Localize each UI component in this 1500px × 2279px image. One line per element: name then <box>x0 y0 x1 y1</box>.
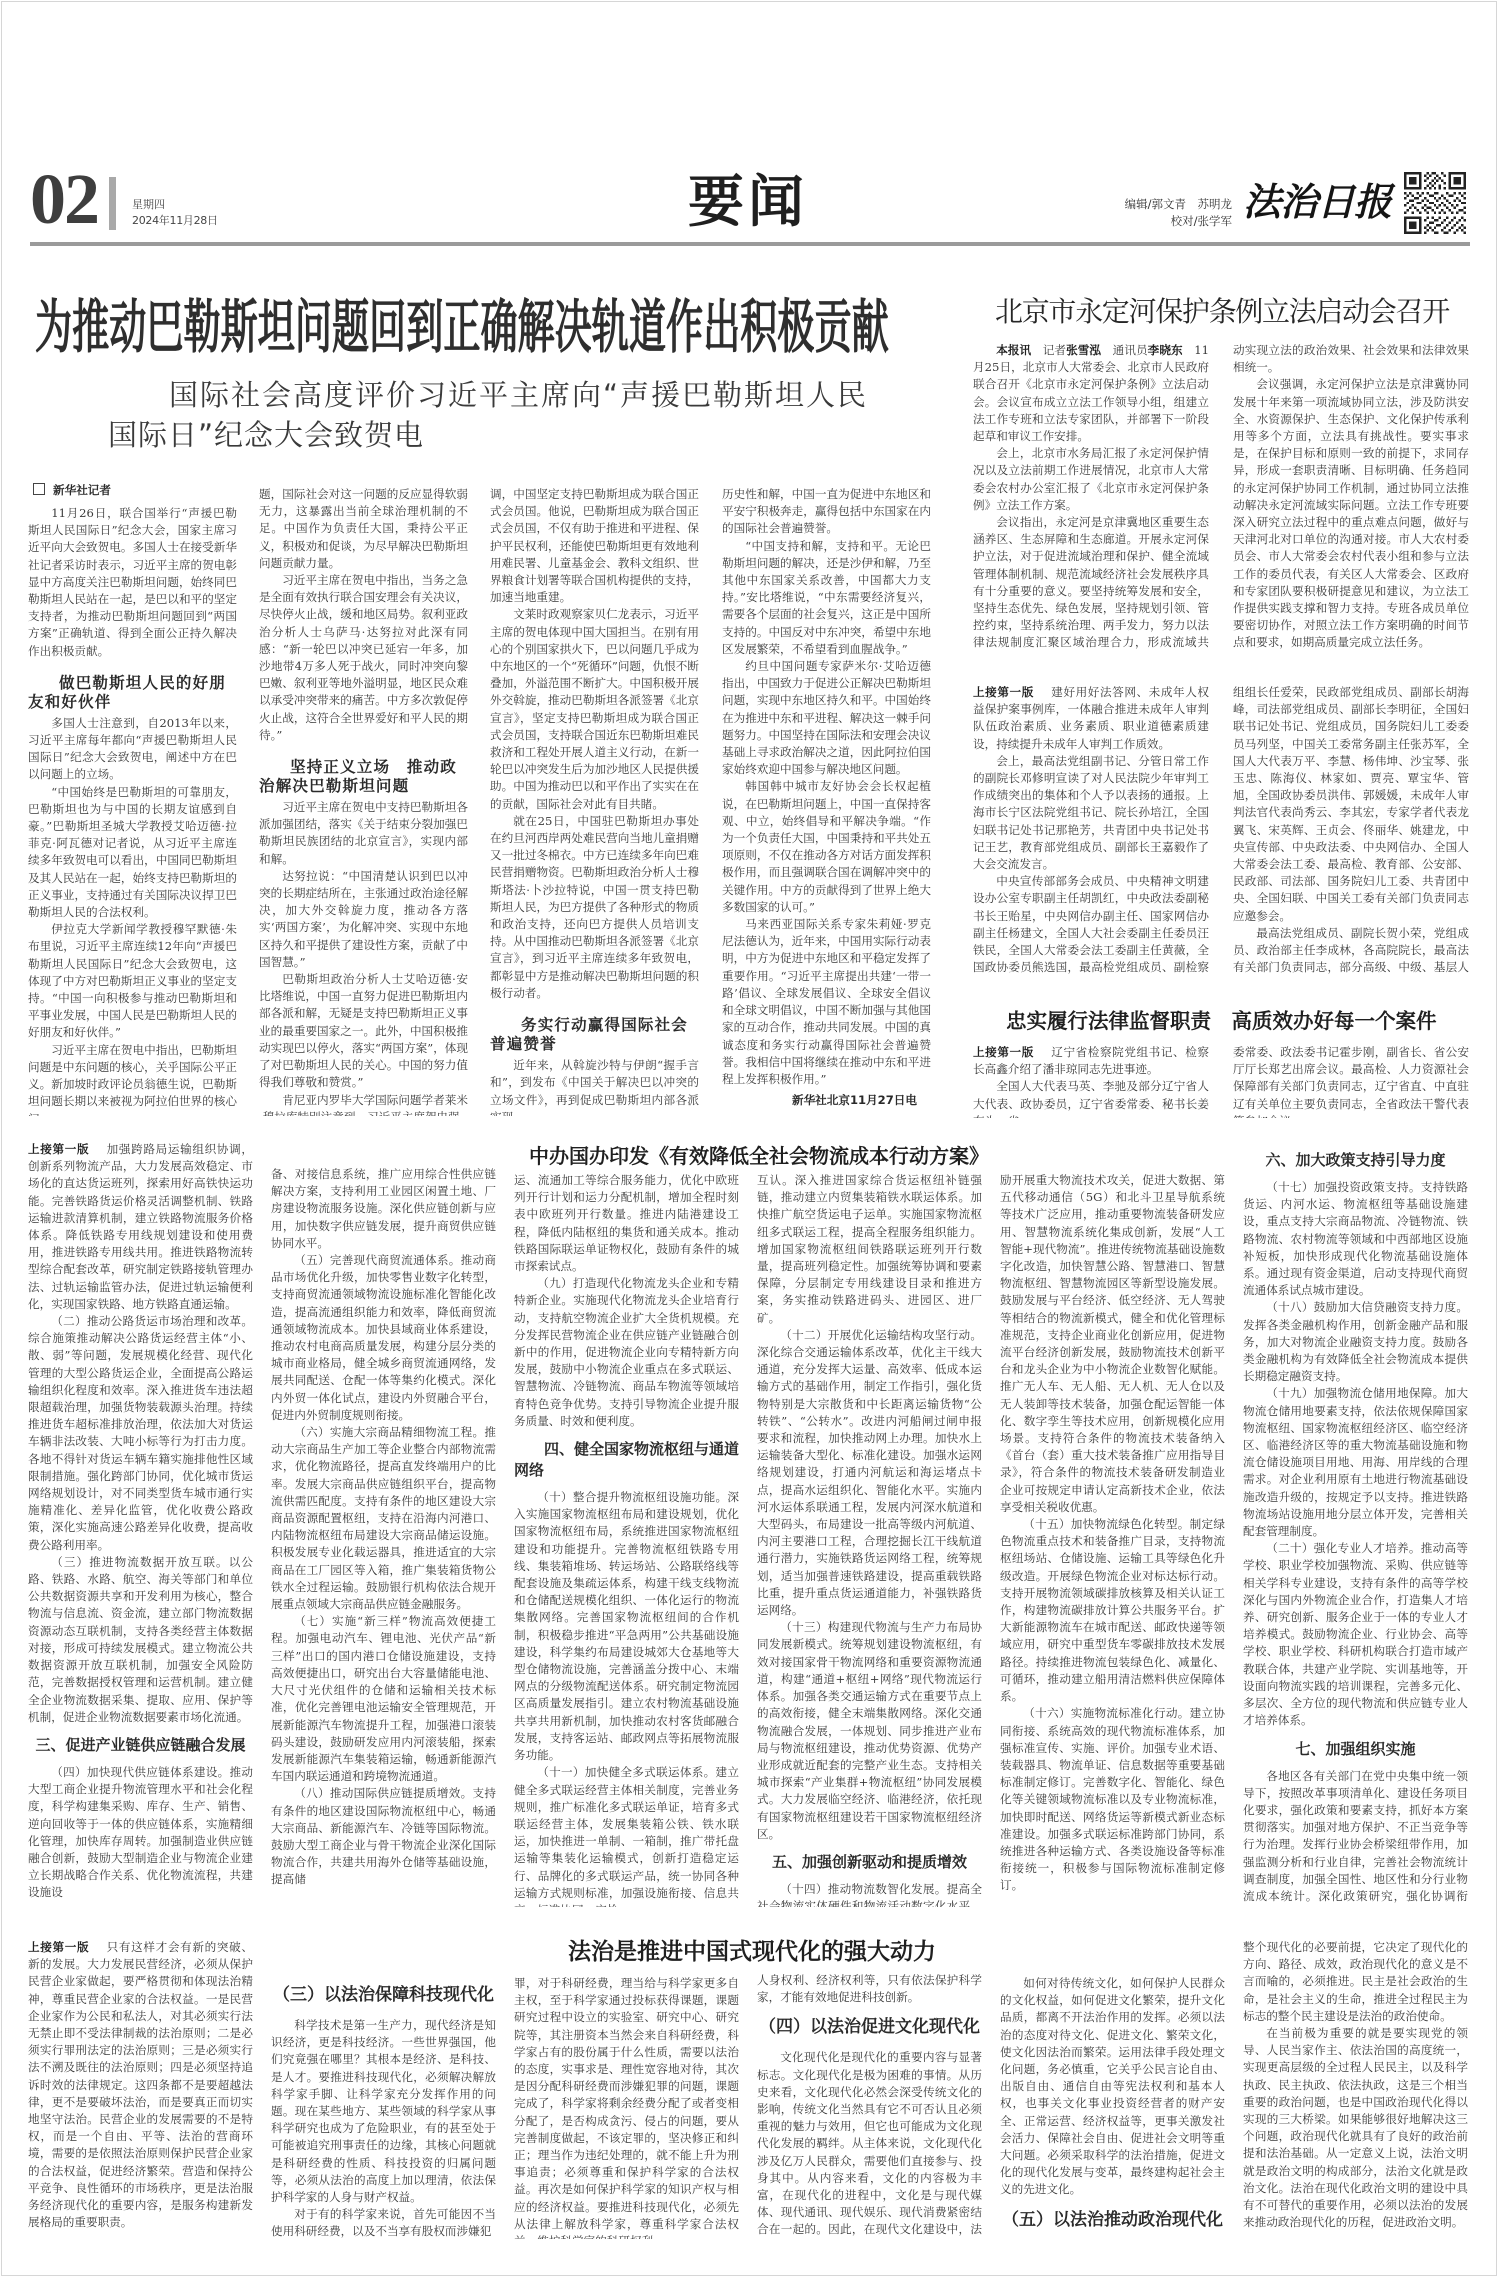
paragraph-continued: 组组长任爱荣，民政部党组成员、副部长胡海峰，司法部党组成员、副部长李明征，全国妇… <box>1233 684 1469 925</box>
paragraph: （四）加快现代供应链体系建设。推动大型工商企业提升物流管理水平和社会化程度，科学… <box>28 1764 253 1902</box>
juvenile-trial-column-2: 组组长任爱荣，民政部党组成员、副部长胡海峰，司法部党组成员、副部长李明征，全国妇… <box>1233 684 1469 978</box>
paragraph: 文化现代化是现代化的重要内容与显著标志。文化现代化是极为困难的事情。从历史来看，… <box>757 2049 982 2239</box>
paragraph-continued: 历史性和解，中国一直为促进中东地区和平安宁积极奔走，赢得包括中东国家在内的国际社… <box>722 486 931 538</box>
paragraph: 中央宣传部部务会成员、中央精神文明建设办公室专职副主任胡凯红，中央政法委副秘书长… <box>973 873 1209 978</box>
paragraph: （十一）加快健全多式联运体系。建立健全多式联运经营主体相关制度，完善业务规则，推… <box>514 1764 739 1907</box>
editors-credit: 编辑/郭文青 苏明龙 <box>1125 197 1232 212</box>
paragraph: （十）整合提升物流枢纽设施功能。深入实施国家物流枢纽布局和建设规划，优化国家物流… <box>514 1489 739 1764</box>
paragraph: 肯尼亚内罗毕大学国际问题学者莱米·穆拉库特别注意到，习近平主席贺电强 <box>259 1092 468 1117</box>
lead-article-column-3: 调，中国坚定支持巴勒斯坦成为联合国正式会员国。他说，巴勒斯坦成为联合国正式会员国… <box>490 486 699 1116</box>
paragraph: 如何对待传统文化，如何保护人民群众的文化权益，如何促进文化繁荣，提升文化品质，都… <box>1000 1975 1225 2199</box>
paragraph-text: 11月25日，北京市人大常委会、北京市人民政府联合召开《北京市永定河保护条例》立… <box>973 343 1209 443</box>
rule-of-law-column-5: 如何对待传统文化，如何保护人民群众的文化权益，如何促进文化繁荣，提升文化品质，都… <box>1000 1975 1225 2239</box>
section-heading: （四）以法治促进文化现代化 <box>757 2015 982 2039</box>
paragraph: 最高法党组成员、副院长贺小荣，党组成员、政治部主任李成林，各高院院长，最高法有关… <box>1233 925 1469 978</box>
paragraph-continued: 互认。深入推进国家综合货运枢纽补链强链，推动建立内贸集装箱铁水联运体系。加快推广… <box>757 1172 982 1327</box>
section-heading: 三、促进产业链供应链融合发展 <box>28 1735 253 1756</box>
jump-line-label: 上接第一版 <box>28 1940 89 1954</box>
paragraph: 在当前极为重要的就是要实现党的领导、人民当家作主、依法治国的高度统一，实现更高层… <box>1243 2025 1468 2231</box>
issue-date: 2024年11月28日 <box>132 214 218 228</box>
paragraph: （七）实施“新三样”物流高效便捷工程。加强电动汽车、锂电池、光伏产品“新三样”出… <box>271 1613 496 1785</box>
header-rule <box>30 242 1470 246</box>
proofreader-credit: 校对/张学军 <box>1171 214 1232 229</box>
jump-line-label: 上接第一版 <box>973 1045 1034 1059</box>
paragraph: 就在25日，中国驻巴勒斯坦办事处在约旦河西岸两处难民营向当地儿童捐赠又一批过冬棉… <box>490 813 699 1002</box>
weekday: 星期四 <box>132 198 165 212</box>
paragraph: 会上，北京市水务局汇报了永定河保护情况以及立法前期工作进展情况，北京市人大常委会… <box>973 445 1209 514</box>
paragraph-continued: 人身权利、经济权利等，只有依法保护科学家，才能有效地促进科技创新。 <box>757 1972 982 2006</box>
paragraph: “中国支持和解，支持和平。无论巴勒斯坦问题的解决，还是沙伊和解，乃至其他中东国家… <box>722 538 931 658</box>
rule-of-law-headline: 法治是推进中国式现代化的强大动力 <box>568 1936 936 1968</box>
paragraph: 习近平主席在贺电中支持巴勒斯坦各派加强团结，落实《关于结束分裂加强巴勒斯坦民族团… <box>259 799 468 868</box>
subheading: 做巴勒斯坦人民的好朋友和好伙伴 <box>28 674 237 712</box>
jump-paragraph: 上接第一版辽宁省检察院党组书记、检察长高鑫介绍了潘非琼同志先进事迹。 <box>973 1044 1209 1078</box>
paragraph: 全国人大代表马英、李驰及部分辽宁省人大代表、政协委员，辽宁省委常委、秘书长姜有为… <box>973 1078 1209 1118</box>
paragraph: （十八）鼓励加大信贷融资支持力度。发挥各类金融机构作用，创新金融产品和服务，加大… <box>1243 1299 1468 1385</box>
paragraph: “中国始终是巴勒斯坦的可靠朋友，巴勒斯坦也为与中国的长期友谊感到自豪。”巴勒斯坦… <box>28 784 237 922</box>
paragraph: （二十）强化专业人才培养。推动高等学校、职业学校加强物流、采购、供应链等相关学科… <box>1243 1540 1468 1729</box>
paragraph-continued: 题，国际社会对这一问题的反应显得软弱无力，这暴露出当前全球治理机制的不足。中国作… <box>259 486 468 572</box>
section-title: 要闻 <box>688 170 808 234</box>
section-heading: 六、加大政策支持引导力度 <box>1243 1150 1468 1171</box>
rule-of-law-column-6: 整个现代化的必要前提，它决定了现代化的方向、路径、成效，政治现代化的意义是不言而… <box>1243 1939 1468 2239</box>
logistics-column-5: 励开展重大物流技术攻关，促进大数据、第五代移动通信（5G）和北斗卫星导航系统等技… <box>1000 1172 1225 1907</box>
lead-article-column-1: 新华社记者 11月26日，联合国举行“声援巴勒斯坦人民国际日”纪念大会，国家主席… <box>28 482 237 1116</box>
masthead-logo: 法治日报 <box>1243 173 1391 231</box>
rule-of-law-column-4: 人身权利、经济权利等，只有依法保护科学家，才能有效地促进科技创新。 （四）以法治… <box>757 1972 982 2239</box>
jump-paragraph: 上接第一版建好用好法答网、未成年人权益保护案事例库，一体融合推进未成年人审判队伍… <box>973 684 1209 753</box>
section-heading: 七、加强组织实施 <box>1243 1739 1468 1760</box>
news-lead-paragraph: 本报讯记者张雪泓通讯员李晓东11月25日，北京市人大常委会、北京市人民政府联合召… <box>973 342 1209 445</box>
paragraph: 习近平主席在贺电中指出，巴勒斯坦问题是中东问题的核心，关乎国际公平正义。新加坡时… <box>28 1042 237 1116</box>
section-heading: 四、健全国家物流枢纽与通道网络 <box>514 1439 739 1481</box>
juvenile-trial-column-1: 上接第一版建好用好法答网、未成年人权益保护案事例库，一体融合推进未成年人审判队伍… <box>973 684 1209 978</box>
yongding-column-2: 动实现立法的政治效果、社会效果和法律效果相统一。 会议强调，永定河保护立法是京津… <box>1233 342 1469 650</box>
lead-headline: 为推动巴勒斯坦问题回到正确解决轨道作出积极贡献 <box>35 294 889 360</box>
lead-article-column-4: 历史性和解，中国一直为促进中东地区和平安宁积极奔走，赢得包括中东国家在内的国际社… <box>722 486 931 1116</box>
paragraph: （十九）加强物流仓储用地保障。加大物流仓储用地要素支持，依法依规保障国家物流枢纽… <box>1243 1385 1468 1540</box>
paragraph: （九）打造现代化物流龙头企业和专精特新企业。实施现代化物流龙头企业培育行动，支持… <box>514 1275 739 1430</box>
paragraph: 会议强调，永定河保护立法是京津冀协同发展十年来第一项流域协同立法，涉及防洪安全、… <box>1233 376 1469 650</box>
reporter-title: 记者 <box>1043 343 1066 357</box>
logistics-column-6: 六、加大政策支持引导力度 （十七）加强投资政策支持。支持铁路货运、内河水运、物流… <box>1243 1141 1468 1907</box>
correspondent-name: 李晓东 <box>1148 343 1183 357</box>
paragraph-continued: 委常委、政法委书记霍步刚，副省长、省公安厅厅长郑艺出席会议。最高检、人力资源社会… <box>1233 1044 1469 1118</box>
paragraph: 马来西亚国际关系专家朱莉娅·罗克尼法德认为，近年来，中国用实际行动表明，中方为促… <box>722 916 931 1088</box>
paragraph-continued: 调，中国坚定支持巴勒斯坦成为联合国正式会员国。他说，巴勒斯坦成为联合国正式会员国… <box>490 486 699 606</box>
paragraph: （十四）推动物流数智化发展。提高全社会物流实体硬件和物流活动数字化水平，鼓 <box>757 1881 982 1907</box>
paragraph: 对于有的科学家来说，首先可能因不当使用科研经费，以及不当享有股权而涉嫌犯 <box>271 2206 496 2239</box>
paragraph: 达努拉说：“中国清楚认识到巴以冲突的长期症结所在，主张通过政治途径解决，加大外交… <box>259 868 468 971</box>
section-heading: 五、加强创新驱动和提质增效 <box>757 1852 982 1873</box>
paragraph-continued: 运、流通加工等综合服务能力，优化中欧班列开行计划和运力分配机制，增加全程时刻表中… <box>514 1172 739 1275</box>
paragraph: 伊拉克大学新闻学教授穆罕默德·朱布里说，习近平主席连续12年向“声援巴勒斯坦人民… <box>28 921 237 1041</box>
paragraph-continued: 励开展重大物流技术攻关，促进大数据、第五代移动通信（5G）和北斗卫星导航系统等技… <box>1000 1172 1225 1516</box>
logistics-column-2: 备、对接信息系统，推广应用综合性供应链解决方案，支持利用工业园区闲置土地、厂房建… <box>271 1166 496 1907</box>
byline-text: 新华社记者 <box>53 483 111 497</box>
procuratorate-headline: 忠实履行法律监督职责 高质效办好每一个案件 <box>1006 1007 1437 1035</box>
paragraph: 巴勒斯坦政治分析人士艾哈迈德·安比塔维说，中国一直努力促进巴勒斯坦内部各派和解，… <box>259 971 468 1091</box>
paragraph-continued: 整个现代化的必要前提，它决定了现代化的方向、路径、成效，政治现代化的意义是不言而… <box>1243 1939 1468 2025</box>
page-number: 02 <box>30 163 98 235</box>
paragraph: 各地区各有关部门在党中央集中统一领导下，按照改革事项清单化、建设任务项目化要求，… <box>1243 1768 1468 1908</box>
logistics-column-3: 运、流通加工等综合服务能力，优化中欧班列开行计划和运力分配机制，增加全程时刻表中… <box>514 1172 739 1907</box>
jump-paragraph: 上接第一版加强跨路局运输组织协调，创新系列物流产品，大力发展高效稳定、市场化的直… <box>28 1141 253 1313</box>
paragraph: （五）完善现代商贸流通体系。推动商品市场优化升级，加快零售业数字化转型，支持商贸… <box>271 1252 496 1424</box>
correspondent-title: 通讯员 <box>1113 343 1148 357</box>
jump-paragraph: 上接第一版只有这样才会有新的突破、新的发展。大力发展民营经济，必须从保护民营企业… <box>28 1939 253 2231</box>
paragraph-text: 只有这样才会有新的突破、新的发展。大力发展民营经济，必须从保护民营企业家做起，要… <box>28 1940 253 2229</box>
paragraph-continued: 备、对接信息系统，推广应用综合性供应链解决方案，支持利用工业园区闲置土地、厂房建… <box>271 1166 496 1252</box>
paragraph: 近年来，从斡旋沙特与伊朗“握手言和”，到发布《中国关于解决巴以冲突的立场文件》，… <box>490 1057 699 1116</box>
rule-of-law-column-2: （三）以法治保障科技现代化 科学技术是第一生产力，现代经济是知识经济，更是科技经… <box>271 1974 496 2239</box>
rule-of-law-column-3: 罪，对于科研经费，理当给与科学家更多自主权，至于科学家通过投标获得课题，课题研究… <box>514 1975 739 2239</box>
section-heading: （五）以法治推动政治现代化 <box>1000 2208 1225 2232</box>
paragraph-continued: 动实现立法的政治效果、社会效果和法律效果相统一。 <box>1233 342 1469 376</box>
logistics-column-4: 互认。深入推进国家综合货运枢纽补链强链，推动建立内贸集装箱铁水联运体系。加快推广… <box>757 1172 982 1907</box>
paragraph: （十五）加快物流绿色化转型。制定绿色物流重点技术和装备推广目录，支持物流枢纽场站… <box>1000 1516 1225 1705</box>
procuratorate-column-1: 上接第一版辽宁省检察院党组书记、检察长高鑫介绍了潘非琼同志先进事迹。 全国人大代… <box>973 1044 1209 1118</box>
paragraph: （十七）加强投资政策支持。支持铁路货运、内河水运、物流枢纽等基础设施建设，重点支… <box>1243 1179 1468 1299</box>
paragraph-text: 加强跨路局运输组织协调，创新系列物流产品，大力发展高效稳定、市场化的直达货运班列… <box>28 1142 253 1311</box>
subheading: 坚持正义立场 推动政治解决巴勒斯坦问题 <box>259 758 468 796</box>
lead-subtitle-line-2: 国际日”纪念大会致贺电 <box>108 419 424 452</box>
paragraph: 多国人士注意到，自2013年以来，习近平主席每年都向“声援巴勒斯坦人民国际日”纪… <box>28 715 237 784</box>
procuratorate-column-2: 委常委、政法委书记霍步刚，副省长、省公安厅厅长郑艺出席会议。最高检、人力资源社会… <box>1233 1044 1469 1118</box>
jump-line-label: 上接第一版 <box>973 685 1034 699</box>
lead-article-column-2: 题，国际社会对这一问题的反应显得软弱无力，这暴露出当前全球治理机制的不足。中国作… <box>259 486 468 1116</box>
logistics-headline: 中办国办印发《有效降低全社会物流成本行动方案》 <box>529 1142 989 1170</box>
square-bullet-icon <box>33 483 45 495</box>
logistics-column-1: 上接第一版加强跨路局运输组织协调，创新系列物流产品，大力发展高效稳定、市场化的直… <box>28 1141 253 1907</box>
paragraph: （十三）构建现代物流与生产力布局协同发展新模式。统筹规划建设物流枢纽，有效对接国… <box>757 1619 982 1843</box>
paragraph: （二）推动公路货运市场治理和改革。综合施策推动解决公路货运经营主体“小、散、弱”… <box>28 1313 253 1554</box>
reporter-name: 张雪泓 <box>1066 343 1101 357</box>
paragraph: （十二）开展优化运输结构攻坚行动。深化综合交通运输体系改革，优化主干线大通道，充… <box>757 1327 982 1619</box>
paragraph: 科学技术是第一生产力，现代经济是知识经济，更是科技经济。一些世界强国，他们究竟强… <box>271 2017 496 2206</box>
paragraph: 会上，最高法党组副书记、分管日常工作的副院长邓修明宣读了对人民法院少年审判工作成… <box>973 753 1209 873</box>
newspaper-page: 02 星期四 2024年11月28日 要闻 编辑/郭文青 苏明龙 校对/张学军 … <box>0 0 1500 2279</box>
yongding-headline: 北京市永定河保护条例立法启动会召开 <box>995 295 1449 329</box>
paragraph-continued: 罪，对于科研经费，理当给与科学家更多自主权，至于科学家通过投标获得课题，课题研究… <box>514 1975 739 2239</box>
lead-subtitle-line-1: 国际社会高度评价习近平主席向“声援巴勒斯坦人民 <box>169 379 868 412</box>
paragraph: （六）实施大宗商品精细物流工程。推动大宗商品生产加工等企业整合内部物流需求，优化… <box>271 1424 496 1613</box>
paragraph: （十六）实施物流标准化行动。建立协同衔接、系统高效的现代物流标准体系，加强标准宣… <box>1000 1705 1225 1894</box>
paragraph: （三）推进物流数据开放互联。以公路、铁路、水路、航空、海关等部门和单位公共数据资… <box>28 1554 253 1726</box>
paragraph: 约旦中国问题专家萨米尔·艾哈迈德指出，中国致力于促进公正解决巴勒斯坦问题，实现中… <box>722 658 931 778</box>
dateline: 新华社北京11月27日电 <box>722 1092 931 1109</box>
news-brief-label: 本报讯 <box>996 343 1031 357</box>
paragraph: 11月26日，联合国举行“声援巴勒斯坦人民国际日”纪念大会，国家主席习近平向大会… <box>28 505 237 660</box>
page-number-divider <box>109 177 116 230</box>
byline: 新华社记者 <box>28 482 237 499</box>
paragraph: 会议指出，永定河是京津冀地区重要生态涵养区、生态屏障和生态廊道。开展永定河保护立… <box>973 514 1209 650</box>
yongding-column-1: 本报讯记者张雪泓通讯员李晓东11月25日，北京市人大常委会、北京市人民政府联合召… <box>973 342 1209 650</box>
paragraph: 文莱时政观察家贝仁龙表示，习近平主席的贺电体现中国大国担当。在别有用心的个别国家… <box>490 606 699 812</box>
qr-code-icon <box>1404 172 1466 234</box>
paragraph: 韩国韩中城市友好协会会长权起植说，在巴勒斯坦问题上，中国一直保持客观、中立，始终… <box>722 778 931 916</box>
section-heading: （三）以法治保障科技现代化 <box>271 1983 496 2007</box>
paragraph: 习近平主席在贺电中指出，当务之急是全面有效执行联合国安理会有关决议，尽快停火止战… <box>259 572 468 744</box>
rule-of-law-column-1: 上接第一版只有这样才会有新的突破、新的发展。大力发展民营经济，必须从保护民营企业… <box>28 1939 253 2239</box>
subheading: 务实行动赢得国际社会普遍赞誉 <box>490 1016 699 1054</box>
paragraph: （八）推动国际供应链提质增效。支持有条件的地区建设国际物流枢纽中心，畅通大宗商品… <box>271 1785 496 1888</box>
jump-line-label: 上接第一版 <box>28 1142 89 1156</box>
